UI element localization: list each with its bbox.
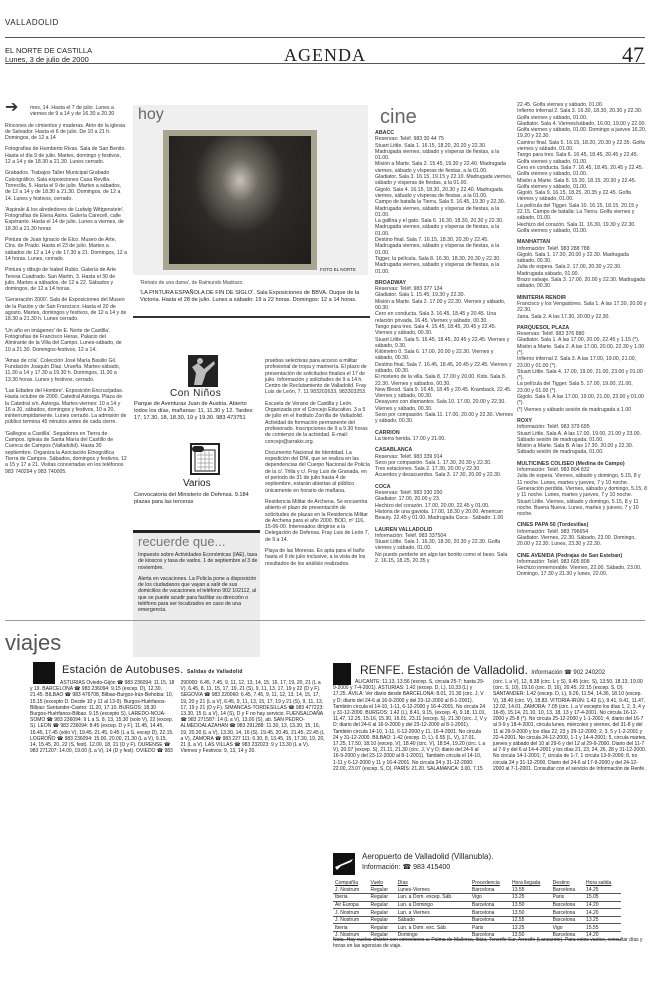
listing-line: Hechizo del corazón. Sala 11. 16.30, 19.… <box>517 222 647 235</box>
cell: Barcelona <box>470 901 510 909</box>
listing-line: Destino final. Sala 7. 16.45, 18.45, 20.… <box>375 362 513 375</box>
exhibition-item: 'Generación 2000'. Sala de Exposiciones … <box>5 297 127 322</box>
cell: 15.55 <box>584 924 621 932</box>
cell: Barcelona <box>551 886 584 894</box>
listing-line: Gladiator. Sala 4. Viernes/sábado, 16.00… <box>517 121 647 140</box>
flights-table: Compañía Vuelo Días Procedencia Hora lle… <box>333 880 621 940</box>
recuerde-title: recuerde que... <box>138 534 225 549</box>
listing-line: La gallina y el gato. Sala 6. 16.30, 18.… <box>375 218 513 237</box>
varios-title: Varios <box>183 478 211 489</box>
recuerde-body: Impuesto sobre Actividades Económicas (I… <box>138 552 258 619</box>
exhibition-item: Pintura de Juan Ignacio de Elco. Museo d… <box>5 237 127 262</box>
listing-line: Brazo salvaje. Sala 3. 17.00, 20.00 y 22… <box>517 277 647 290</box>
con-ninos-title: Con Niños <box>170 388 221 399</box>
bus-subtitle: Salidas de Valladolid <box>187 669 243 675</box>
cell: Lun. a Domingo <box>396 901 470 909</box>
listing-line: Historia de una gaviota. 17.00, 18.30 y … <box>375 509 513 522</box>
notice-item: Escuela de Verano de Castilla y León. Or… <box>265 401 370 445</box>
listing-line: Stuart Little. Sala 1. 16.15, 18.20, 20.… <box>375 143 513 162</box>
listing-line: Gigoló. Sala 9. 16.15, 18.25, 20.35 y 22… <box>517 190 647 203</box>
renfe-schedule: ALICANTE: 11.13, 13.56 (excep. S, circul… <box>333 679 647 839</box>
notepad-icon <box>190 443 220 475</box>
cell: Regular <box>368 894 395 902</box>
bus-station-title: Estación de Autobuses. Salidas de Vallad… <box>62 664 243 676</box>
exhibition-item: Fotografías de Humberto Rivas. Sala de S… <box>5 146 127 165</box>
listing-line: Gigolo. Sala 6. A las 17.00, 19.00, 21.0… <box>517 394 647 407</box>
listing-line: No puedo perderte sin algo tan bonito co… <box>375 552 513 565</box>
hoy-title: hoy <box>138 106 164 124</box>
cine-title: cine <box>380 106 417 129</box>
listing-line: Acuerdos y desacuerdos. Sala 3. 17.30, 2… <box>375 472 513 478</box>
listing-line: Misión a Marte. Sala 2. A las 17.00, 20.… <box>517 344 647 357</box>
listing-line: Kilómetro 0. Sala 6. 17.00, 20.00 y 22.3… <box>375 349 513 362</box>
listing-line: Gladiator. Sala 3. 16.15, 19.15 y 22.10.… <box>375 174 513 187</box>
listing-line: (*) Viernes y sábado sesión de madrugada… <box>517 407 647 413</box>
exhibition-item: 'Las Edades del Hombre'. Exposición Encr… <box>5 388 127 426</box>
cell: Lun. a Dom. excep. Sáb. <box>396 894 470 902</box>
cell: J. Nostrum <box>333 916 368 924</box>
cell: Vigo <box>470 894 510 902</box>
exhibitions-column: ➔ mes, 14. Hasta el 7 de julio. Lunes a … <box>5 105 127 480</box>
arrow-right-icon: ➔ <box>5 105 18 111</box>
con-ninos-body: Parque de Aventuras Juan de Austria. Abi… <box>134 401 262 422</box>
cell: 13.25 <box>510 894 551 902</box>
cell: 12.55 <box>510 916 551 924</box>
listing-line: Generación perdida. Viernes, sábado y do… <box>517 486 647 499</box>
listing-line: Sexo por compasión. Sala 11. 17.00, 20.0… <box>375 412 513 425</box>
notice-item: pruebas selectivas para acceso a militar… <box>265 358 370 396</box>
cell: 13.25 <box>584 916 621 924</box>
listing-line: Stuart Little. Sala 1. 16.30, 18.30, 20.… <box>375 539 513 552</box>
listing-line: Julia de espera. Sala 2. 17.00, 20.30 y … <box>517 264 647 277</box>
listing-line: Gladiator. Viernes, 22.30. Sábado, 23.00… <box>517 535 647 548</box>
airport-title: Aeropuerto de Valladolid (Villanubla). <box>362 852 493 861</box>
listing-line: Misión a Marte. Sala 2. 17.00 y 22.30. V… <box>375 299 513 312</box>
listing-line: Cero en conducta. Sala 3. 16.45, 18.45 y… <box>375 311 513 324</box>
airport-info: Información: ☎ 983 415400 <box>362 863 450 871</box>
listing-line: Jana. Sala 2. A las 17.30, 20.00 y 22.30… <box>517 314 647 320</box>
cell: Iberia <box>333 924 368 932</box>
cell: Sábado <box>396 916 470 924</box>
header-rule-top <box>5 37 645 38</box>
reminder-item: Impuesto sobre Actividades Económicas (I… <box>138 552 258 571</box>
hoy-body: 'LA PINTURA ESPAÑOLA DE FIN DE SIGLO'. S… <box>140 290 368 304</box>
notice-item: Documento Nacional de Identidad. La expe… <box>265 450 370 494</box>
cine-listings-col1: ABACC Reservas: Teléf. 983 30 44 75Stuar… <box>375 130 513 569</box>
listing-line: Stuart Little. Sala 5. 16.45, 18.45, 20.… <box>375 337 513 350</box>
cell: 13.55 <box>510 886 551 894</box>
listing-line: Hechizo inmemorable. Viernes, 22.00. Sáb… <box>517 565 647 578</box>
listing-line: Gladiator. Sala 1. A las 17.00, 20.00, 2… <box>517 337 647 343</box>
listing-line: La tierra herida. 17.00 y 21.00. <box>375 436 513 442</box>
listing-line: Julia de espera. Viernes, sábado y domin… <box>517 473 647 486</box>
exhibition-item: Rincones de cimientos y maderas. Atrio d… <box>5 123 127 142</box>
flights-note: Nota.-Hay vuelos chárter con conexiones … <box>333 937 648 949</box>
exhibition-item: 'Aspirale & los alrededores de Ludwig Wi… <box>5 207 127 232</box>
page-number: 47 <box>622 42 644 68</box>
cine-listings-col2: 22.45. Golfa viernes y sábado, 01.00.Inf… <box>517 102 647 583</box>
exhibition-item: Pintura y dibujo de Isabel Rubio. Galerí… <box>5 267 127 292</box>
notice-item: Residencia Militar de Archena. Se encuen… <box>265 499 370 543</box>
cell: Barcelona <box>551 901 584 909</box>
cell: Lun. a Dom. exc. Sáb. <box>396 924 470 932</box>
listing-line: Tigger, la película. Sala 8. 16.30, 18.3… <box>375 256 513 275</box>
listing-line: Francisco y los Vengadores. Sala 1. A la… <box>517 301 647 314</box>
cell: Lun. a Viernes <box>396 909 470 917</box>
listing-line: Infierno infernal 2. Sala 3. A las 17.00… <box>517 356 647 369</box>
table-row: J. NostrumRegularSábadoBarcelona12.55Bar… <box>333 916 621 924</box>
cell: Regular <box>368 901 395 909</box>
exhibition-item: 'Un año en imágenes' de E. Norte de Cast… <box>5 328 127 353</box>
notices-column: pruebas selectivas para acceso a militar… <box>265 358 370 572</box>
renfe-title-text: RENFE. Estación de Valladolid. <box>360 663 528 677</box>
cell: Regular <box>368 916 395 924</box>
cell: Paris <box>551 894 584 902</box>
listing-line: Tango para tres. Sala 6. 16.45, 18.45, 2… <box>517 152 647 165</box>
listing-line: Infierno infernal 2. Sala 3. 16.30, 18.3… <box>517 108 647 121</box>
listing-line: Campo de batalla la Tierra. Sala 5. 16.4… <box>375 199 513 218</box>
table-row: J. NostrumRegularLunes-ViernesBarcelona1… <box>333 886 621 894</box>
listing-line: Gigoló. Sala 4. 16.15, 18.30, 20.30 y 22… <box>375 187 513 200</box>
listing-line: Desayuno con diamantes. Sala 10. 17.00, … <box>375 399 513 412</box>
cell: Paris <box>470 924 510 932</box>
listing-line: Misión a Marte. Sala B. A las 17.30, 20.… <box>517 443 647 456</box>
cell: Barcelona <box>470 909 510 917</box>
listing-line: Cero en conducta. Sala 7. 16.45, 18.45, … <box>517 165 647 178</box>
table-row: Air EuropaRegularLun. a DomingoBarcelona… <box>333 901 621 909</box>
listing-line: Gigoló. Sala 1. 17.30, 20.00 y 22.30. Ma… <box>517 252 647 265</box>
photo-caption: 'Retrato de una dama', de Raimundo Madra… <box>140 280 365 286</box>
renfe-title: RENFE. Estación de Valladolid. Informaci… <box>360 663 605 677</box>
exhibition-item: mes, 14. Hasta el 7 de julio. Lunes a vi… <box>30 105 114 117</box>
listing-line: Stuart Little. Sala 4. 17.00, 19.00, 21.… <box>517 369 647 382</box>
listing-line: Stuart Little. Sala A. A las 17.00, 19.0… <box>517 431 647 444</box>
cell: Barcelona <box>551 909 584 917</box>
cell: Regular <box>368 886 395 894</box>
listing-line: Stuart Little. Viernes, sábado y domingo… <box>517 499 647 518</box>
notice-item: Playa de las Moreras. Es apta para el ba… <box>265 548 370 567</box>
listing-line: Tango para tres. Sala 4. 15.45, 18.45, 2… <box>375 324 513 337</box>
table-row: J. NostrumRegularLun. a ViernesBarcelona… <box>333 909 621 917</box>
cell: Barcelona <box>470 886 510 894</box>
reminder-item: Alerta en vacaciones. La Policía pone a … <box>138 576 258 614</box>
section-divider <box>5 620 645 621</box>
cell: J. Nostrum <box>333 886 368 894</box>
listing-line: New Blood. Sala 9. 16.45, 18.45 y 20.45.… <box>375 387 513 400</box>
cell: Iberia <box>333 894 368 902</box>
header-rule-bottom <box>5 63 645 64</box>
exhibition-item: 'Amas de cría'. Colección José María Bas… <box>5 358 127 383</box>
cell: 13.50 <box>510 901 551 909</box>
bus-schedule: ASTURIAS Oviedo-Gijón ☎ 983 236094: 11.1… <box>30 680 325 754</box>
cell: 14.20 <box>584 909 621 917</box>
listing-line: Misión a Marte. Sala 2. 15.45, 19.30 y 2… <box>375 161 513 174</box>
table-row: IberiaRegularLun. a Dom. exc. Sáb.Paris1… <box>333 924 621 932</box>
airplane-icon <box>333 853 355 875</box>
renfe-info: Información ☎ 902 240202 <box>531 670 605 676</box>
listing-line: Camino final. Sala 5. 16.15, 18.20, 20.3… <box>517 140 647 153</box>
cell: Regular <box>368 909 395 917</box>
varios-body: Convocatoria del Ministerio de Defensa. … <box>134 492 262 506</box>
bus-title-text: Estación de Autobuses. <box>62 664 184 676</box>
exhibition-item: 'Gallegos a Castilla'. Segadores en Tier… <box>5 431 127 475</box>
cell: Lunes-Viernes <box>396 886 470 894</box>
cell: Air Europa <box>333 901 368 909</box>
cell: Vigo <box>551 924 584 932</box>
table-row: IberiaRegularLun. a Dom. excep. Sáb.Vigo… <box>333 894 621 902</box>
cell: 15.05 <box>584 894 621 902</box>
cell: Barcelona <box>470 916 510 924</box>
listing-line: Misión a Marte. Sala 8. 15.30, 18.15, 20… <box>517 178 647 191</box>
cell: Barcelona <box>551 916 584 924</box>
painting-photo <box>163 130 317 270</box>
listing-line: El misterio de la villa. Sala 8. 17.00 y… <box>375 374 513 387</box>
listing-line: La película del Tigger. Sala 5. 17.00, 1… <box>517 381 647 394</box>
cell: J. Nostrum <box>333 909 368 917</box>
divider <box>133 316 370 318</box>
cell: 14.25 <box>584 886 621 894</box>
exhibition-item: Grabados. Trabajos Taller Municipal Grab… <box>5 170 127 201</box>
cell: 13.25 <box>510 924 551 932</box>
section-city: VALLADOLID <box>5 18 59 27</box>
listing-line: La película del Tigger. Sala 10. 16.15, … <box>517 203 647 222</box>
cell: 13.50 <box>510 909 551 917</box>
cell: 14.20 <box>584 901 621 909</box>
listing-line: Destino final. Sala 7. 16.15, 18.30, 20.… <box>375 237 513 256</box>
photo-credit: FOTO EL NORTE <box>320 267 356 272</box>
cell: Regular <box>368 924 395 932</box>
viajes-title: viajes <box>5 630 61 656</box>
children-icon <box>188 355 218 387</box>
